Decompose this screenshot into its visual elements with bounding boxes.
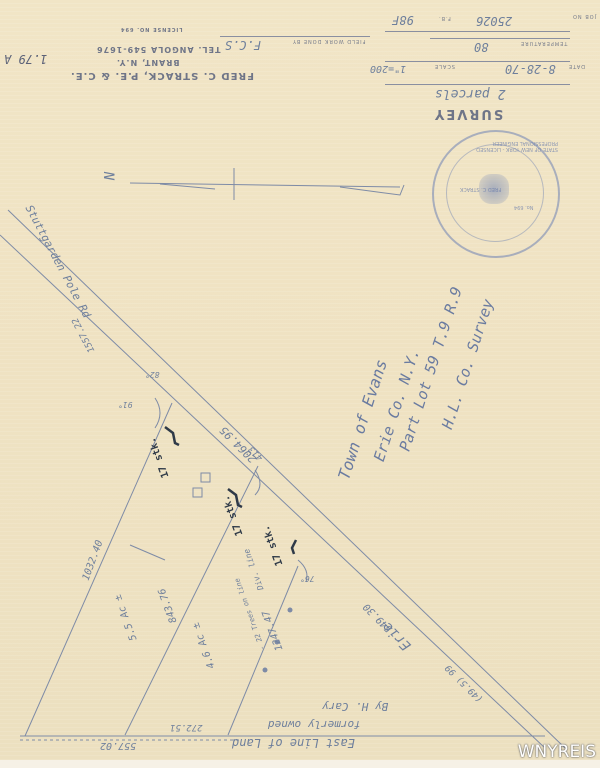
angle-label-2: 91°: [118, 400, 132, 409]
survey-document: FRED C. STRACK, P.E. & C.E. BRANT, N.Y. …: [0, 0, 600, 768]
building-square-2: [193, 488, 202, 497]
bottom-line-label-3: By H. Cary: [322, 700, 388, 713]
bottom-distance-1: 557.02: [100, 740, 136, 751]
north-arrow-label: N: [100, 172, 116, 180]
building-square-1: [201, 473, 210, 482]
angle-label-3: 76°: [300, 574, 314, 583]
watermark: WNYREIS: [518, 742, 596, 762]
scan-edge: [0, 760, 600, 768]
survey-plat-drawing: [0, 0, 600, 768]
bottom-line-label-1: East Line of Land: [232, 736, 355, 750]
road-line-outer: [8, 210, 565, 748]
bottom-distance-2: 272.51: [170, 722, 203, 732]
angle-label-1: 82°: [145, 370, 159, 379]
parcel-left-line: [25, 403, 172, 736]
bottom-line-label-2: formerly owned: [268, 718, 361, 731]
